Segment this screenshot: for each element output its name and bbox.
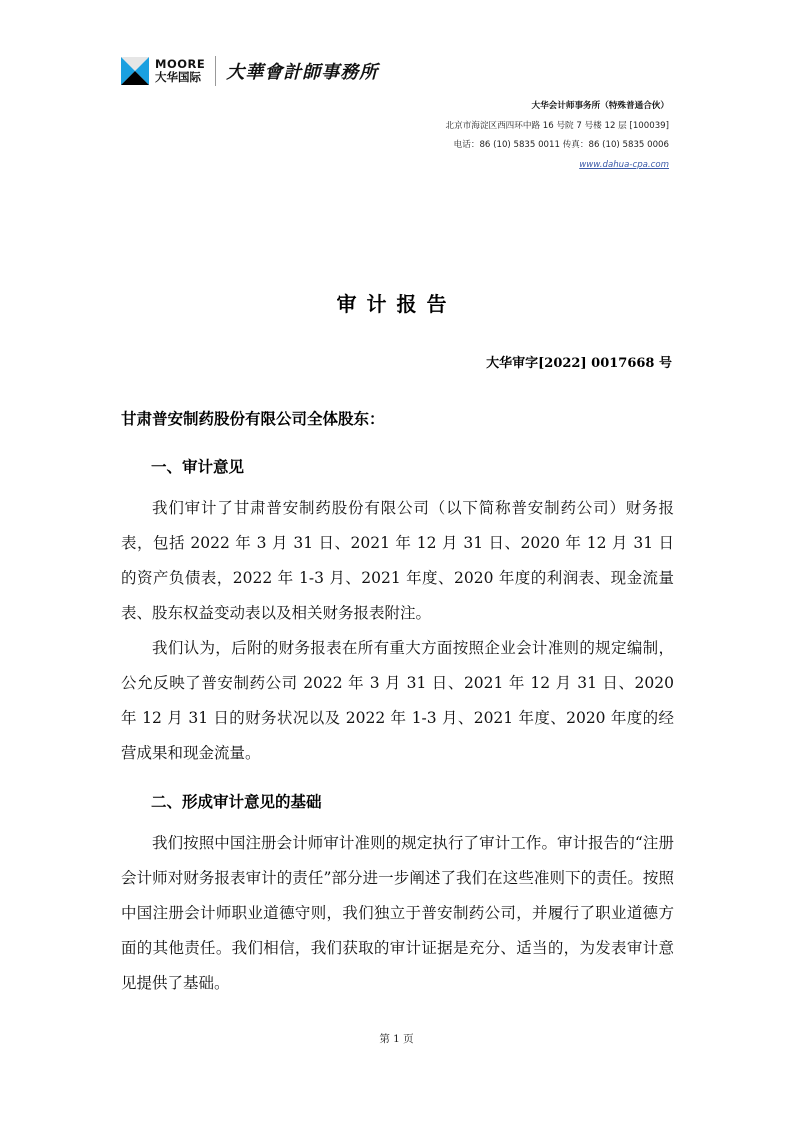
- firm-website-link[interactable]: www.dahua-cpa.com: [579, 160, 669, 170]
- letterhead-logo: MOORE 大华国际 大華會計師事務所: [121, 55, 378, 87]
- firm-contact: 电话：86 (10) 5835 0011 传真：86 (10) 5835 000…: [446, 136, 669, 156]
- firm-info-block: 大华会计师事务所（特殊普通合伙） 北京市海淀区西四环中路 16 号院 7 号楼 …: [446, 97, 669, 175]
- addressee: 甘肃普安制药股份有限公司全体股东：: [121, 407, 385, 429]
- paragraph-audit-scope: 我们审计了甘肃普安制药股份有限公司（以下简称普安制药公司）财务报表，包括 202…: [121, 491, 674, 631]
- report-number: 大华审字[2022] 0017668 号: [486, 352, 672, 371]
- section-heading-audit-opinion: 一、审计意见: [151, 455, 244, 477]
- document-title: 审计报告: [0, 288, 793, 317]
- logo-divider: [215, 56, 216, 86]
- logo-brand-en: MOORE: [155, 59, 205, 71]
- moore-logo-icon: [121, 57, 149, 85]
- firm-name: 大华会计师事务所（特殊普通合伙）: [446, 97, 669, 117]
- firm-address: 北京市海淀区西四环中路 16 号院 7 号楼 12 层 [100039]: [446, 117, 669, 137]
- logo-brand-cn: 大华国际: [155, 72, 205, 84]
- paragraph-audit-opinion: 我们认为，后附的财务报表在所有重大方面按照企业会计准则的规定编制，公允反映了普安…: [121, 631, 674, 771]
- section-heading-basis-for-opinion: 二、形成审计意见的基础: [151, 790, 322, 812]
- logo-calligraphy: 大華會計師事務所: [226, 58, 378, 84]
- logo-wordmark: MOORE 大华国际: [155, 59, 205, 84]
- page-number: 第 1 页: [0, 1031, 793, 1046]
- paragraph-basis-for-opinion: 我们按照中国注册会计师审计准则的规定执行了审计工作。审计报告的“注册会计师对财务…: [121, 826, 674, 1001]
